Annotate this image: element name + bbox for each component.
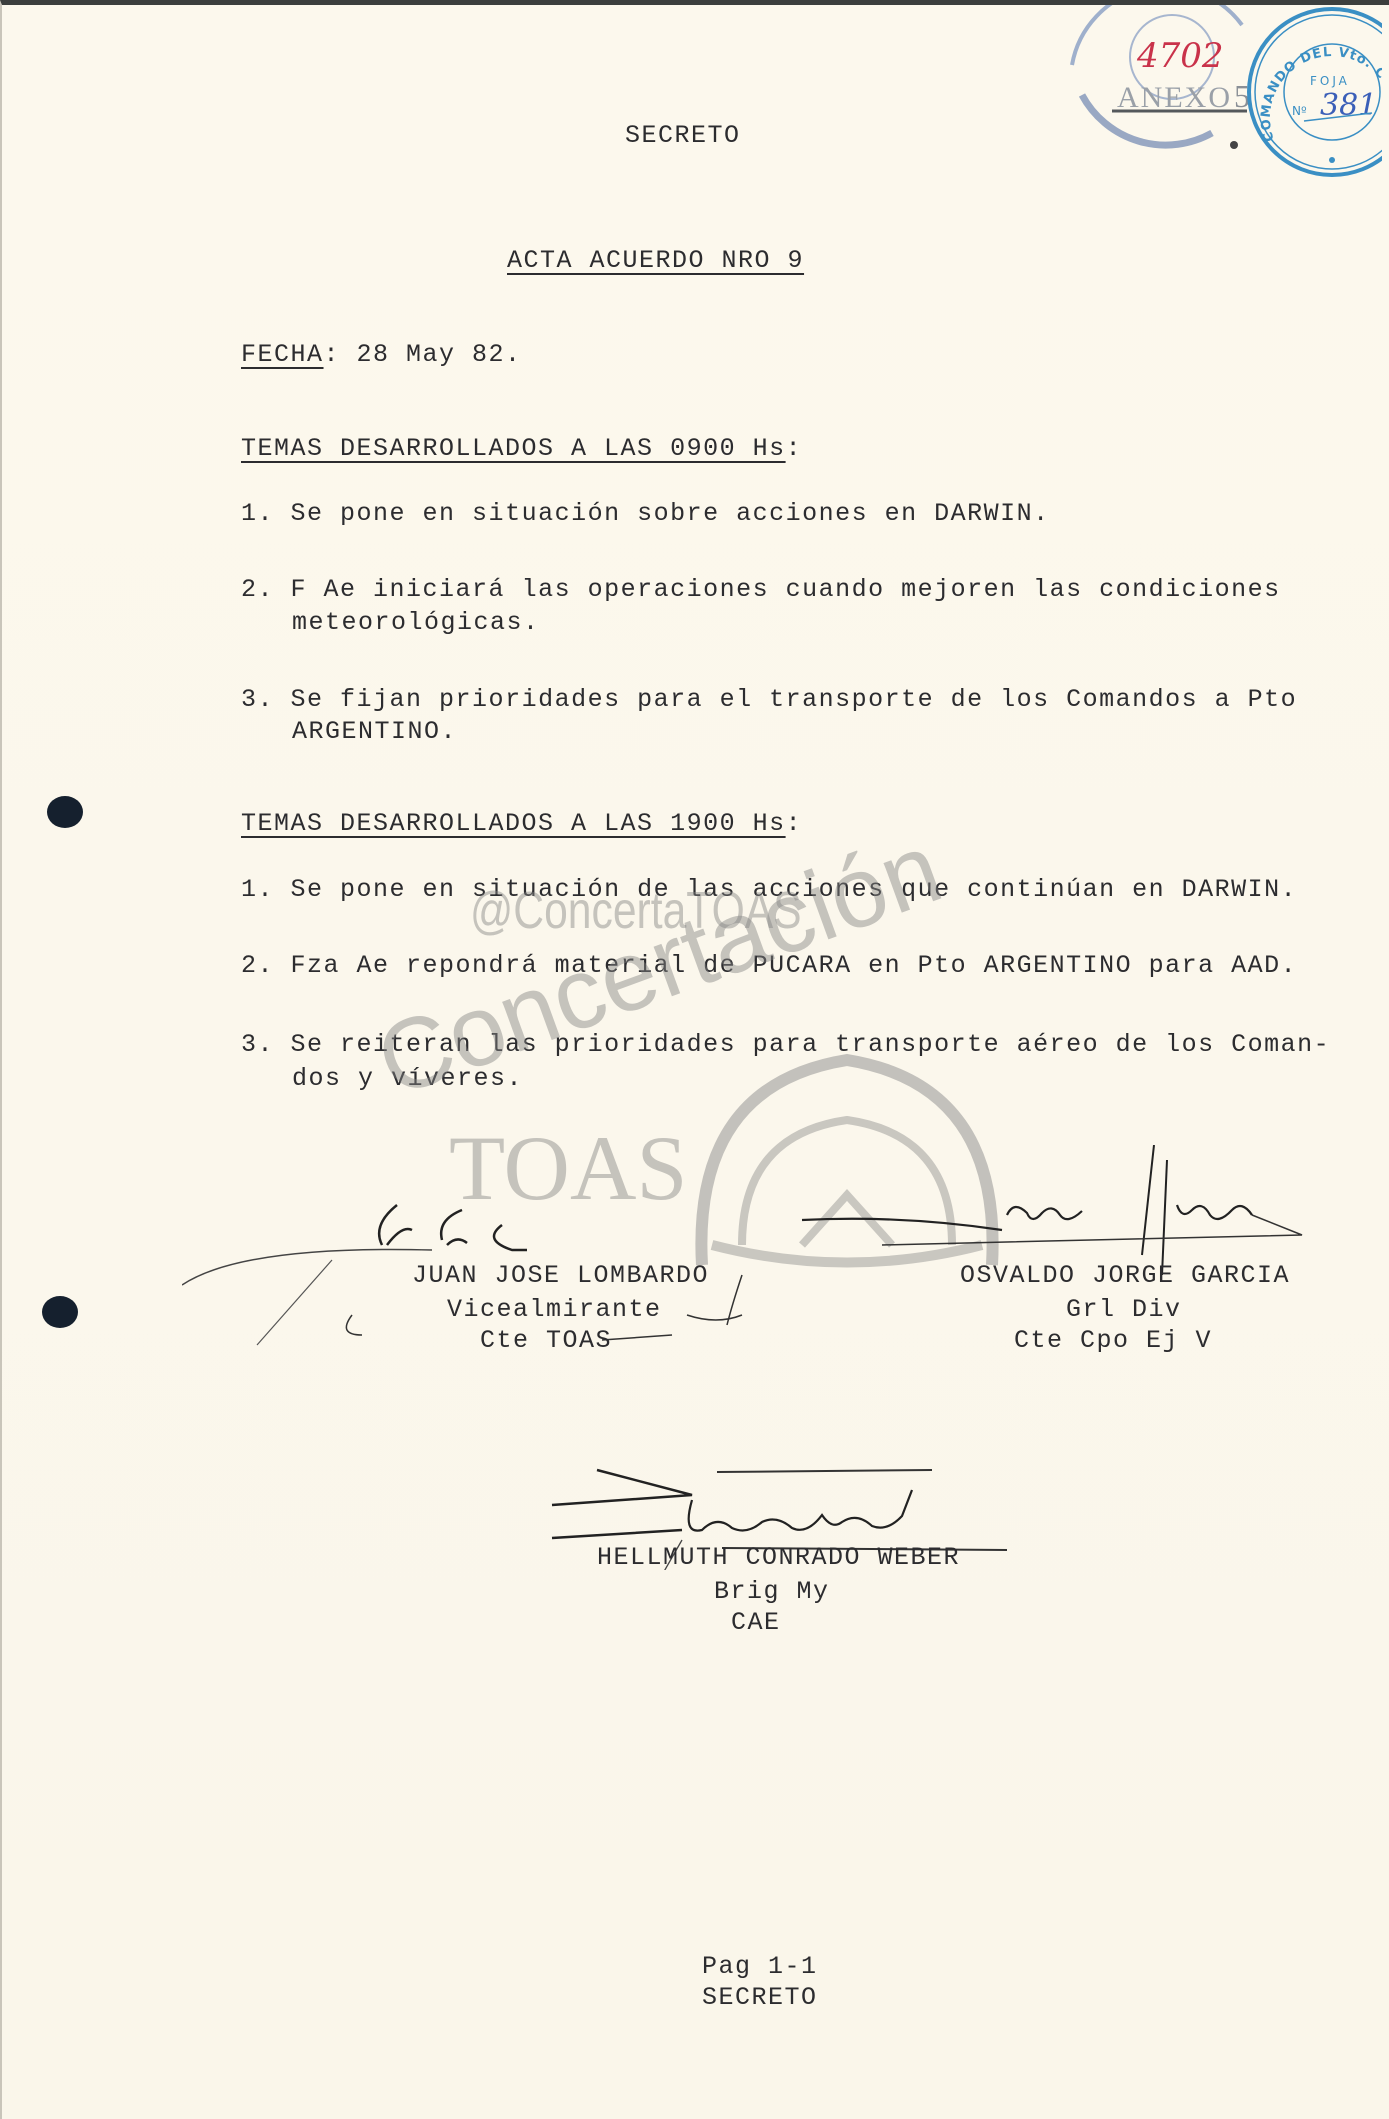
date-line: FECHA: 28 May 82.: [241, 340, 522, 370]
document-title: ACTA ACUERDO NRO 9: [507, 246, 804, 276]
svg-text:4702: 4702: [1136, 36, 1224, 76]
section-heading-suffix: :: [786, 809, 803, 838]
punch-hole: [42, 1296, 78, 1328]
page-number: Pag 1-1: [702, 1952, 818, 1982]
list-item-continuation: ARGENTINO.: [292, 717, 457, 747]
svg-text:FOJA: FOJA: [1310, 74, 1350, 88]
svg-text:ANEXO: ANEXO: [1117, 81, 1232, 114]
document-page: 4702 ANEXO 5 COMANDO DEL Vto. CUERPO DE …: [0, 0, 1389, 2119]
classification-header: SECRETO: [625, 121, 741, 151]
signatory-role: Cte TOAS: [480, 1326, 612, 1356]
list-item: 1. Se pone en situación sobre acciones e…: [241, 499, 1050, 529]
section-heading-0900: TEMAS DESARROLLADOS A LAS 0900 Hs:: [241, 434, 802, 464]
signatory-name: JUAN JOSE LOMBARDO: [412, 1261, 709, 1291]
section-heading-text: TEMAS DESARROLLADOS A LAS 1900 Hs: [241, 809, 786, 838]
svg-text:Nº: Nº: [1292, 104, 1307, 118]
section-heading-suffix: :: [786, 434, 803, 463]
date-value: : 28 May 82.: [324, 340, 522, 369]
signatory-rank: Brig My: [714, 1577, 830, 1607]
list-item: 2. F Ae iniciará las operaciones cuando …: [241, 575, 1281, 605]
signatory-role: CAE: [731, 1608, 781, 1638]
archive-stamp: 4702 ANEXO 5 COMANDO DEL Vto. CUERPO DE …: [1042, 5, 1382, 180]
classification-footer: SECRETO: [702, 1983, 818, 2013]
section-heading-text: TEMAS DESARROLLADOS A LAS 0900 Hs: [241, 434, 786, 463]
list-item: 3. Se fijan prioridades para el transpor…: [241, 685, 1297, 715]
signatory-rank: Grl Div: [1066, 1295, 1182, 1325]
section-heading-1900: TEMAS DESARROLLADOS A LAS 1900 Hs:: [241, 809, 802, 839]
signatory-role: Cte Cpo Ej V: [1014, 1326, 1212, 1356]
punch-hole: [47, 796, 83, 828]
date-label: FECHA: [241, 340, 324, 369]
list-item-continuation: meteorológicas.: [292, 608, 540, 638]
signatory-rank: Vicealmirante: [447, 1295, 662, 1325]
signatory-name: OSVALDO JORGE GARCIA: [960, 1261, 1290, 1291]
signatory-name: HELLMUTH CONRADO WEBER: [597, 1543, 960, 1573]
